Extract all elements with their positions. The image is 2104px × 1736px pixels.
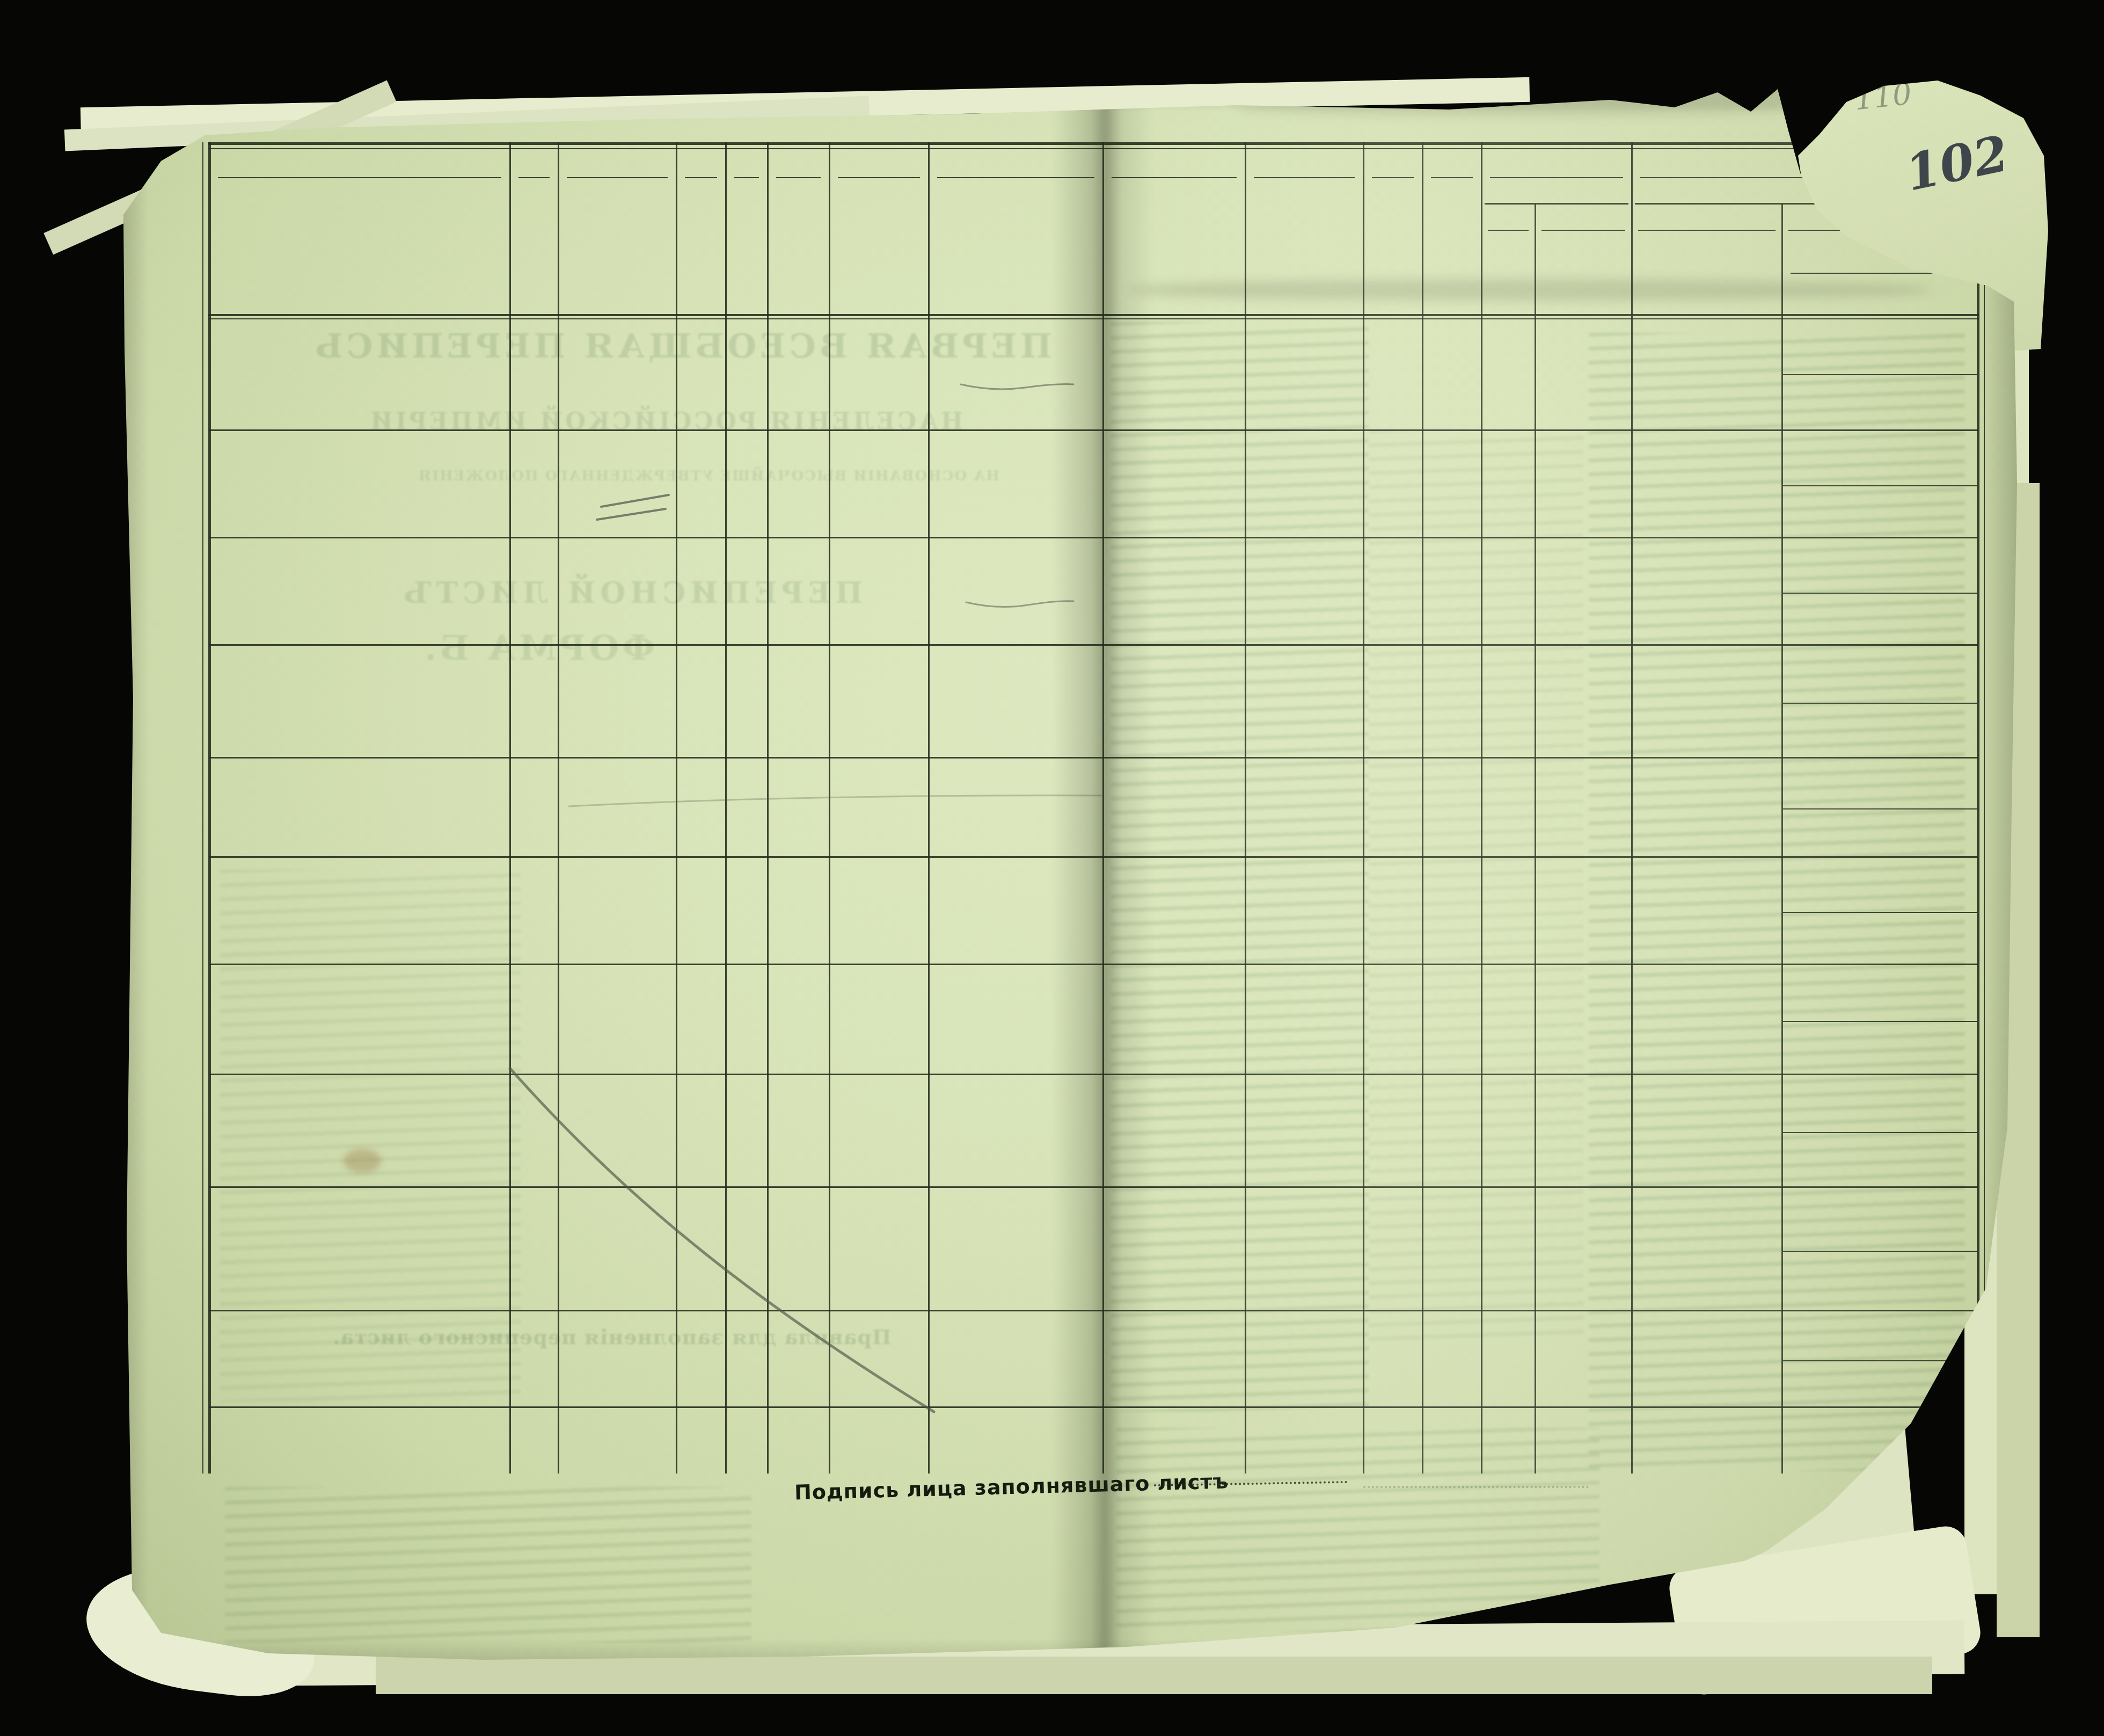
- bleedthrough-title: НА ОСНОВАНІИ ВЫСОЧАЙШЕ УТВЕРЖДЕННАГО ПОЛ…: [333, 468, 1084, 484]
- grid-line: [1781, 204, 1783, 1474]
- grid-line: [1783, 703, 1977, 704]
- census-sheet: ПЕРВАЯ ВСЕОБЩАЯ ПЕРЕПИСЬ НАСЕЛЕНІЯ РОССІ…: [0, 0, 2104, 1736]
- paper-stain: [344, 1149, 381, 1173]
- header-col-text: [931, 183, 1101, 310]
- grid-line: [1783, 1360, 1977, 1361]
- grid-line: [1977, 142, 1979, 1474]
- header-col-text: [512, 183, 556, 310]
- bleedthrough-title: Правила для заполненія переписного листа…: [236, 1325, 988, 1349]
- signature-line-faint: [1363, 1486, 1589, 1488]
- grid-line: [208, 142, 1979, 145]
- grid-line: [1783, 374, 1977, 375]
- bleedthrough-title: НАСЕЛЕНІЯ РОССІЙСКОЙ ИМПЕРІИ: [322, 408, 1009, 435]
- grid-line: [558, 142, 559, 1474]
- paper-stack-edge: [376, 1657, 1932, 1694]
- grid-line: [1422, 142, 1423, 1474]
- grid-line: [1372, 177, 1414, 178]
- grid-line: [208, 314, 1979, 316]
- grid-line: [209, 757, 1978, 758]
- grid-line: [1481, 142, 1482, 1474]
- grid-line: [1638, 230, 1776, 231]
- grid-line: [776, 177, 821, 178]
- grid-line: [1783, 912, 1977, 913]
- grid-line: [1783, 1132, 1977, 1133]
- header-col1-line2: [216, 248, 505, 308]
- grid-line: [1112, 177, 1237, 178]
- grid-line: [1254, 177, 1355, 178]
- grid-line: [1631, 142, 1633, 1474]
- grid-line: [567, 177, 668, 178]
- grid-line: [1783, 1021, 1977, 1022]
- grid-line: [676, 142, 677, 1474]
- grid-line: [1245, 142, 1246, 1474]
- grid-line: [202, 142, 203, 1474]
- header-col-text: [560, 183, 674, 310]
- grid-line: [218, 177, 501, 178]
- bleedthrough-title: ФОРМА Б.: [451, 628, 655, 668]
- grid-line: [1490, 177, 1623, 178]
- header-col13-b-label: [1535, 208, 1632, 227]
- bleedthrough-title: ПЕРВАЯ ВСЕОБЩАЯ ПЕРЕПИСЬ: [279, 326, 1084, 366]
- header-col-text: [770, 183, 827, 310]
- grid-line: [1984, 142, 1985, 1474]
- grid-line: [1485, 203, 1628, 205]
- grid-line: [1542, 230, 1625, 231]
- grid-line: [208, 142, 211, 1474]
- grid-line: [829, 142, 830, 1474]
- grid-line: [937, 177, 1094, 178]
- grid-line: [209, 644, 1978, 646]
- grid-line: [509, 142, 511, 1474]
- grid-line: [209, 537, 1978, 538]
- grid-line: [838, 177, 920, 178]
- grid-line: [209, 1186, 1978, 1188]
- grid-line: [1783, 485, 1977, 486]
- grid-line: [1363, 142, 1364, 1474]
- grid-line: [208, 318, 1979, 319]
- header-col-text: [728, 183, 765, 310]
- grid-line: [685, 177, 717, 178]
- grid-line: [725, 142, 727, 1474]
- grid-line: [1783, 808, 1977, 809]
- photo-backdrop: 110 102 ПЕРВАЯ ВСЕОБЩАЯ ПЕРЕПИСЬ НАСЕЛЕН…: [0, 0, 2104, 1736]
- grid-line: [209, 964, 1978, 965]
- page-number-ink: 102: [1901, 124, 2013, 202]
- header-col13-title: [1481, 180, 1632, 202]
- grid-line: [1535, 204, 1536, 1474]
- grid-line: [209, 1310, 1978, 1311]
- grid-line: [209, 1406, 1978, 1408]
- grid-line: [209, 1074, 1978, 1075]
- grid-line: [209, 856, 1978, 858]
- grid-line: [208, 148, 1979, 149]
- bleedthrough-title: ПЕРЕПИСНОЙ ЛИСТЪ: [376, 575, 886, 610]
- grid-line: [767, 142, 769, 1474]
- grid-line: [209, 429, 1978, 431]
- grid-line: [518, 177, 550, 178]
- header-col13-a-label: [1481, 208, 1535, 227]
- page-number-pencil: 110: [1853, 77, 1913, 118]
- grid-line: [928, 142, 930, 1474]
- grid-line: [1783, 593, 1977, 594]
- grid-line: [1488, 230, 1529, 231]
- grid-line: [1431, 177, 1473, 178]
- header-col1-line1: [216, 187, 505, 245]
- grid-line: [734, 177, 759, 178]
- header-col-text: [678, 183, 724, 310]
- header-col14-a-label: [1632, 208, 1782, 227]
- grid-line: [1102, 142, 1104, 1474]
- grid-line: [1783, 1251, 1977, 1252]
- header-col-text: [831, 183, 926, 310]
